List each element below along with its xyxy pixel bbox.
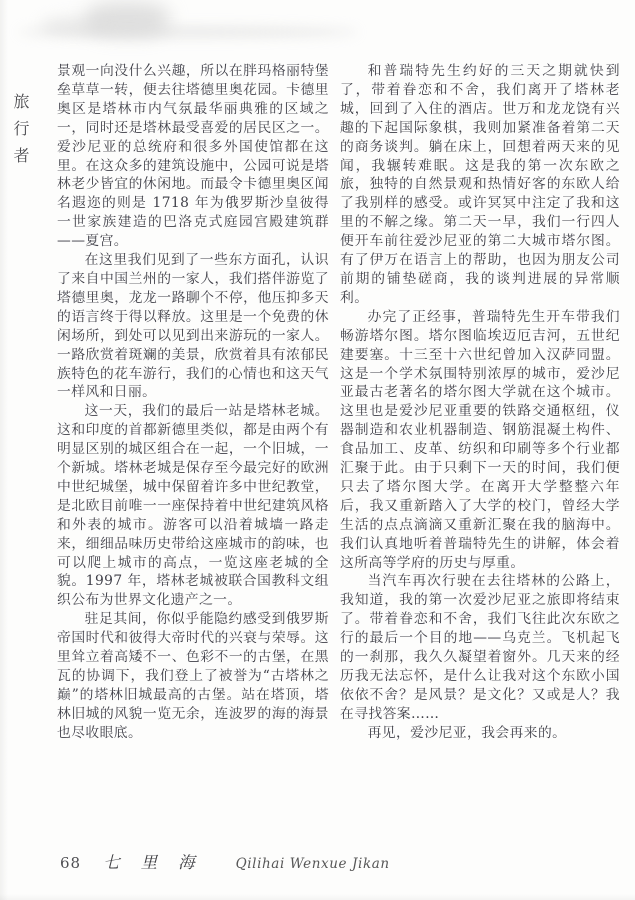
page-edge-shadow-left <box>0 0 8 900</box>
paragraph: 当汽车再次行驶在去往塔林的公路上，我知道，我的第一次爱沙尼亚之旅即将结束了。带着… <box>340 572 620 723</box>
section-label-vertical: 旅行者 <box>9 93 32 174</box>
page-edge-shadow-bottom <box>0 894 635 900</box>
paragraph: 这一天，我们的最后一站是塔林老城。这和印度的首都新德里类似，都是由两个有明显区别… <box>57 402 329 610</box>
page-background: 旅行者 景观一向没什么兴趣，所以在胖玛格丽特堡垒草草一转，便去往塔德里奥花园。卡… <box>0 0 635 900</box>
right-column: 和普瑞特先生约好的三天之期就快到了，带着眷恋和不舍，我们离开了塔林老城，回到了入… <box>340 62 620 743</box>
page-footer: 68 七里海 Qilihai Wenxue Jikan <box>60 849 390 873</box>
paragraph: 景观一向没什么兴趣，所以在胖玛格丽特堡垒草草一转，便去往塔德里奥花园。卡德里奥区… <box>57 62 329 251</box>
paragraph: 再见，爱沙尼亚，我会再来的。 <box>340 724 620 743</box>
journal-title-chinese: 七里海 <box>103 849 216 873</box>
page-number: 68 <box>60 854 81 872</box>
left-column: 景观一向没什么兴趣，所以在胖玛格丽特堡垒草草一转，便去往塔德里奥花园。卡德里奥区… <box>57 62 329 743</box>
paragraph: 和普瑞特先生约好的三天之期就快到了，带着眷恋和不舍，我们离开了塔林老城，回到了入… <box>340 62 620 308</box>
paragraph: 驻足其间，你似乎能隐约感受到俄罗斯帝国时代和彼得大帝时代的兴衰与荣辱。这里耸立着… <box>57 610 329 742</box>
paragraph: 在这里我们见到了一些东方面孔，认识了来自中国兰州的一家人，我们搭伴游览了塔德里奥… <box>57 251 329 402</box>
scan-smudge-artifact <box>40 16 110 34</box>
journal-title-pinyin: Qilihai Wenxue Jikan <box>236 856 390 872</box>
paragraph: 办完了正经事，普瑞特先生开车带我们畅游塔尔图。塔尔图临埃迈厄吉河，五世纪建要塞。… <box>340 308 620 573</box>
text-columns: 景观一向没什么兴趣，所以在胖玛格丽特堡垒草草一转，便去往塔德里奥花园。卡德里奥区… <box>57 62 620 743</box>
